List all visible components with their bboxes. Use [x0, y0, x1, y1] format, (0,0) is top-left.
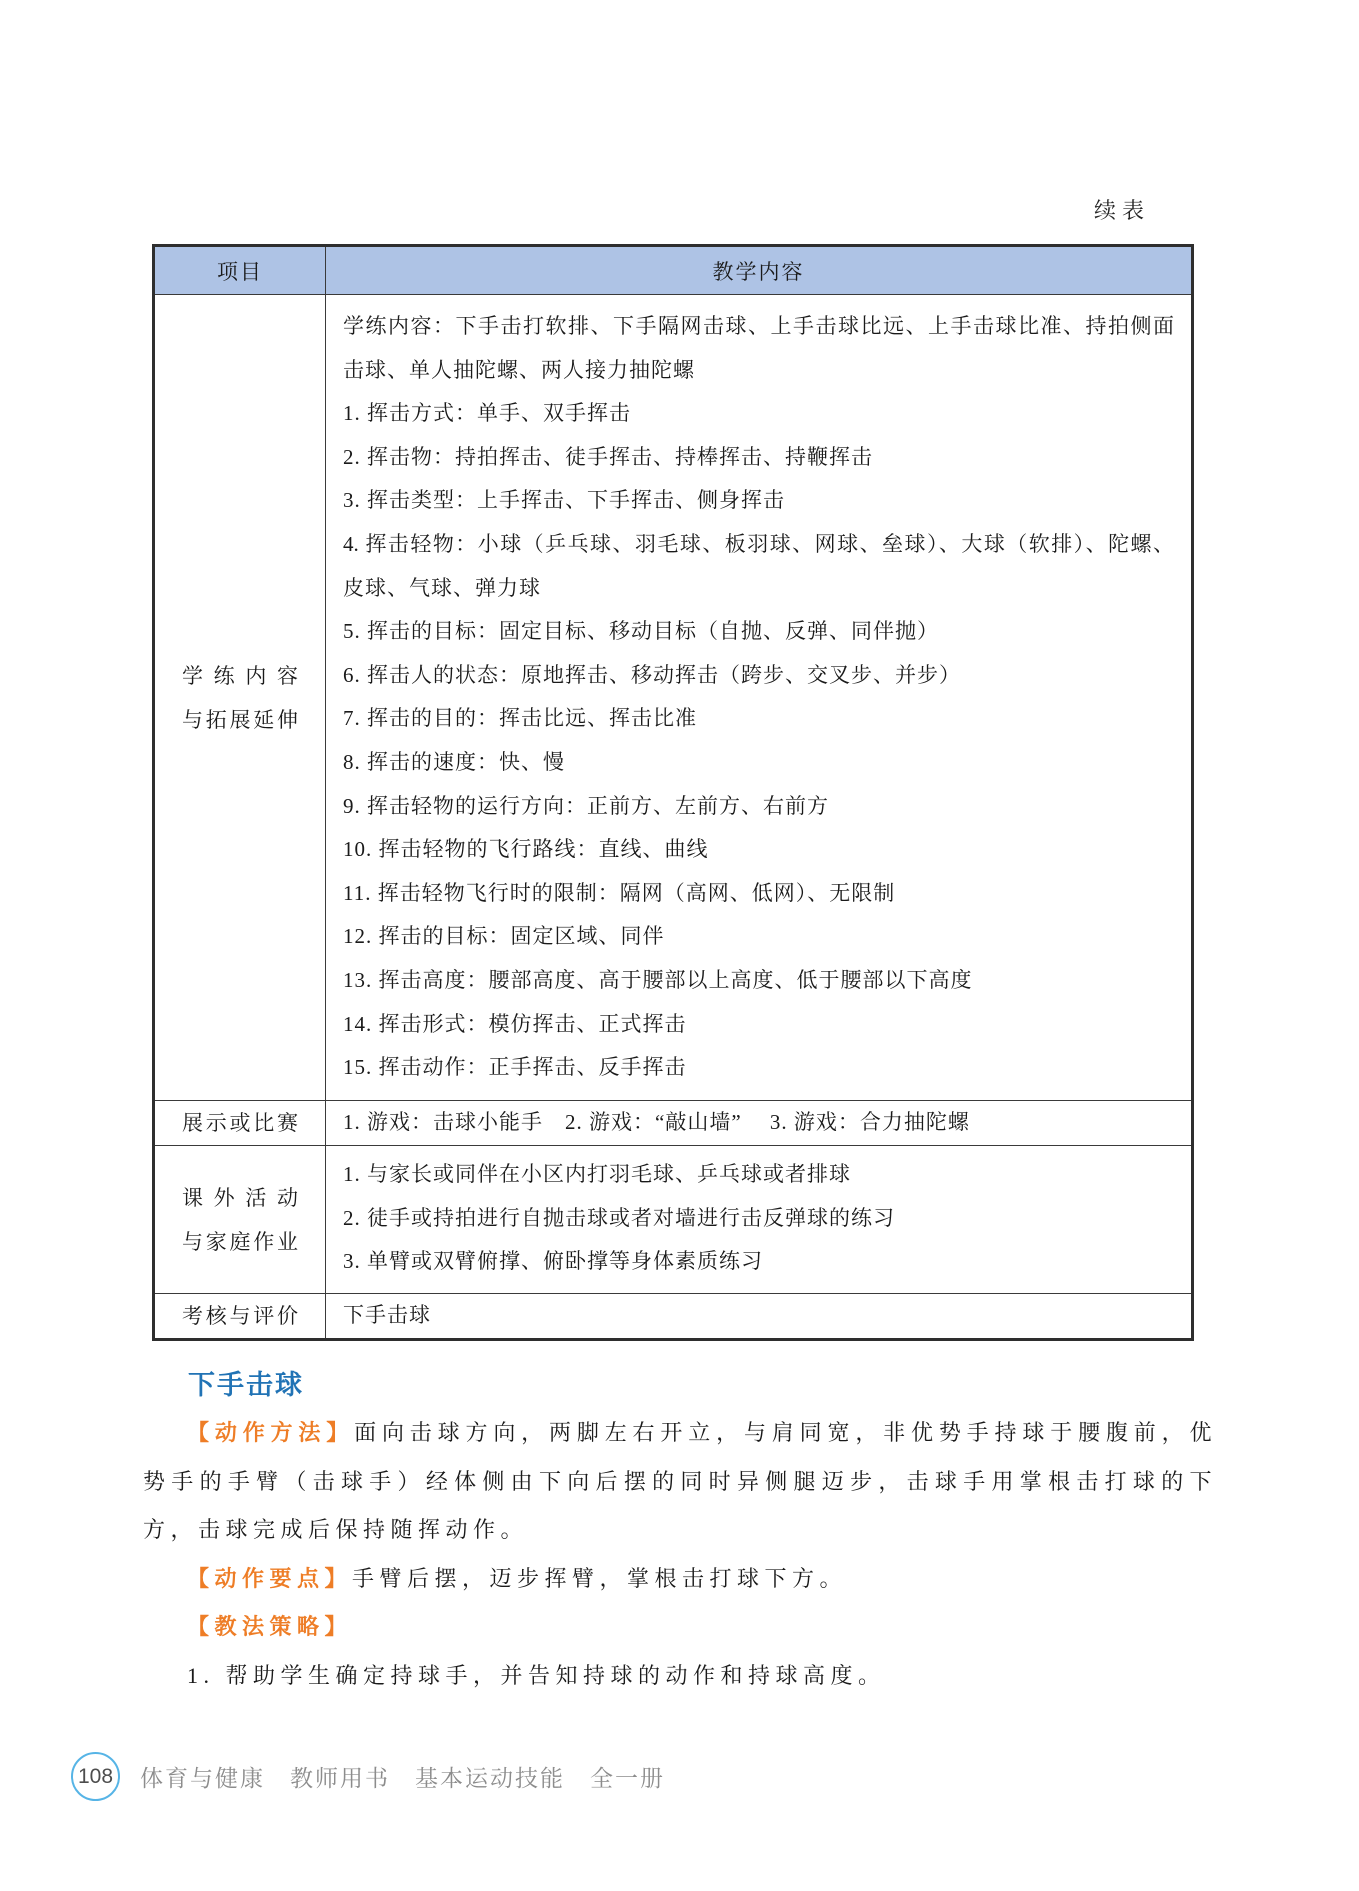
row-label-line: 课外活动 — [182, 1176, 298, 1220]
document-page: 续表 项目 教学内容 学练内容 与拓展延伸 学练内容：下手击打软排、下手隔网击球… — [0, 0, 1359, 1891]
content-line: 9. 挥击轻物的运行方向：正前方、左前方、右前方 — [343, 785, 1174, 829]
row-label-line: 考核与评价 — [182, 1294, 298, 1338]
content-line: 击球、单人抽陀螺、两人接力抽陀螺 — [343, 349, 1174, 393]
table-header-row: 项目 教学内容 — [155, 247, 1191, 295]
row-content-show-or-compete: 1. 游戏：击球小能手 2. 游戏：“敲山墙” 3. 游戏：合力抽陀螺 — [326, 1101, 1191, 1145]
table-row-homework: 课外活动 与家庭作业 1. 与家长或同伴在小区内打羽毛球、乒乓球或者排球 2. … — [155, 1146, 1191, 1294]
strategy-item-1: 1. 帮助学生确定持球手，并告知持球的动作和持球高度。 — [143, 1652, 1217, 1701]
points-label: 【动作要点】 — [187, 1566, 352, 1591]
content-line: 3. 单臂或双臂俯撑、俯卧撑等身体素质练习 — [343, 1240, 1174, 1284]
strategy-label-paragraph: 【教法策略】 — [143, 1603, 1217, 1652]
row-label-assessment: 考核与评价 — [155, 1294, 326, 1338]
page-footer: 108 体育与健康 教师用书 基本运动技能 全一册 — [0, 1752, 1359, 1802]
row-content-homework: 1. 与家长或同伴在小区内打羽毛球、乒乓球或者排球 2. 徒手或持拍进行自抛击球… — [326, 1146, 1191, 1293]
content-line: 14. 挥击形式：模仿挥击、正式挥击 — [343, 1003, 1174, 1047]
content-line: 5. 挥击的目标：固定目标、移动目标（自抛、反弹、同伴抛） — [343, 610, 1174, 654]
content-line: 1. 游戏：击球小能手 2. 游戏：“敲山墙” 3. 游戏：合力抽陀螺 — [343, 1101, 970, 1145]
content-line: 7. 挥击的目的：挥击比远、挥击比准 — [343, 697, 1174, 741]
points-paragraph: 【动作要点】手臂后摆，迈步挥臂，掌根击打球下方。 — [143, 1555, 1217, 1604]
book-title: 体育与健康 教师用书 基本运动技能 全一册 — [140, 1752, 665, 1801]
content-line: 皮球、气球、弹力球 — [343, 567, 1174, 611]
content-line: 1. 与家长或同伴在小区内打羽毛球、乒乓球或者排球 — [343, 1153, 1174, 1197]
content-line: 8. 挥击的速度：快、慢 — [343, 741, 1174, 785]
section-heading-underhand-hit: 下手击球 — [188, 1363, 304, 1402]
continued-table-note: 续表 — [1094, 194, 1150, 225]
content-line: 学练内容：下手击打软排、下手隔网击球、上手击球比远、上手击球比准、持拍侧面 — [343, 305, 1174, 349]
strategy-label: 【教法策略】 — [187, 1614, 352, 1639]
content-line: 3. 挥击类型：上手挥击、下手挥击、侧身挥击 — [343, 479, 1174, 523]
table-row-show-or-compete: 展示或比赛 1. 游戏：击球小能手 2. 游戏：“敲山墙” 3. 游戏：合力抽陀… — [155, 1101, 1191, 1146]
content-line: 6. 挥击人的状态：原地挥击、移动挥击（跨步、交叉步、并步） — [343, 654, 1174, 698]
row-content-assessment: 下手击球 — [326, 1294, 1191, 1338]
table-header-teaching-content: 教学内容 — [326, 247, 1191, 294]
row-label-line: 与拓展延伸 — [182, 698, 298, 742]
content-line: 10. 挥击轻物的飞行路线：直线、曲线 — [343, 828, 1174, 872]
method-paragraph: 【动作方法】面向击球方向，两脚左右开立，与肩同宽，非优势手持球于腰腹前，优势手的… — [143, 1409, 1217, 1555]
section-body: 【动作方法】面向击球方向，两脚左右开立，与肩同宽，非优势手持球于腰腹前，优势手的… — [143, 1409, 1217, 1700]
row-label-show-or-compete: 展示或比赛 — [155, 1101, 326, 1145]
content-line: 11. 挥击轻物飞行时的限制：隔网（高网、低网）、无限制 — [343, 872, 1174, 916]
content-line: 13. 挥击高度：腰部高度、高于腰部以上高度、低于腰部以下高度 — [343, 959, 1174, 1003]
teaching-content-table: 项目 教学内容 学练内容 与拓展延伸 学练内容：下手击打软排、下手隔网击球、上手… — [152, 244, 1194, 1341]
row-label-line: 展示或比赛 — [182, 1101, 298, 1145]
content-line: 2. 徒手或持拍进行自抛击球或者对墙进行击反弹球的练习 — [343, 1197, 1174, 1241]
points-text: 手臂后摆，迈步挥臂，掌根击打球下方。 — [352, 1566, 847, 1591]
row-label-practice-content: 学练内容 与拓展延伸 — [155, 295, 326, 1100]
row-content-practice-content: 学练内容：下手击打软排、下手隔网击球、上手击球比远、上手击球比准、持拍侧面 击球… — [326, 295, 1191, 1100]
content-line: 2. 挥击物：持拍挥击、徒手挥击、持棒挥击、持鞭挥击 — [343, 436, 1174, 480]
content-line: 下手击球 — [343, 1294, 431, 1338]
content-line: 12. 挥击的目标：固定区域、同伴 — [343, 915, 1174, 959]
row-label-homework: 课外活动 与家庭作业 — [155, 1146, 326, 1293]
row-label-line: 与家庭作业 — [182, 1220, 298, 1264]
row-label-line: 学练内容 — [182, 654, 298, 698]
page-number-badge: 108 — [71, 1752, 120, 1801]
table-row-assessment: 考核与评价 下手击球 — [155, 1294, 1191, 1338]
content-line: 1. 挥击方式：单手、双手挥击 — [343, 392, 1174, 436]
content-line: 4. 挥击轻物：小球（乒乓球、羽毛球、板羽球、网球、垒球）、大球（软排）、陀螺、 — [343, 523, 1174, 567]
content-line: 15. 挥击动作：正手挥击、反手挥击 — [343, 1046, 1174, 1090]
method-label: 【动作方法】 — [187, 1420, 354, 1445]
table-header-item: 项目 — [155, 247, 326, 294]
table-row-practice-content: 学练内容 与拓展延伸 学练内容：下手击打软排、下手隔网击球、上手击球比远、上手击… — [155, 295, 1191, 1101]
